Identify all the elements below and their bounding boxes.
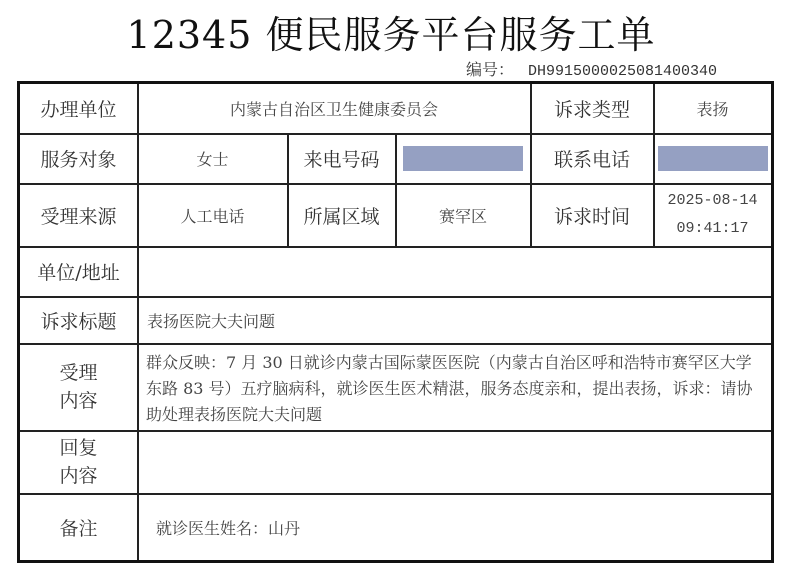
value-service-target: 女士: [138, 134, 287, 183]
label-source: 受理来源: [20, 184, 137, 246]
order-value: DH9915000025081400340: [528, 63, 717, 80]
appeal-date: 2025-08-14: [667, 187, 757, 215]
value-appeal-time: 2025-08-14 09:41:17: [654, 184, 771, 246]
label-appeal-title: 诉求标题: [20, 297, 137, 343]
label-appeal-time: 诉求时间: [531, 184, 653, 246]
redaction-block: [658, 146, 768, 171]
value-content: 群众反映：7 月 30 日就诊内蒙古国际蒙医医院（内蒙古自治区呼和浩特市赛罕区大…: [138, 344, 771, 430]
value-appeal-type: 表扬: [654, 84, 771, 133]
page-title: 12345 便民服务平台服务工单: [0, 4, 792, 59]
value-appeal-title: 表扬医院大夫问题: [138, 297, 771, 343]
value-contact-phone: [654, 134, 771, 183]
value-remarks: 就诊医生姓名：山丹: [138, 494, 771, 560]
label-address: 单位/地址: [20, 247, 137, 296]
label-line: 内容: [59, 387, 97, 415]
label-caller-number: 来电号码: [288, 134, 395, 183]
value-address: [138, 247, 771, 296]
order-number: 编号：DH9915000025081400340: [466, 57, 717, 80]
label-contact-phone: 联系电话: [531, 134, 653, 183]
label-reply: 回复 内容: [20, 431, 137, 493]
label-appeal-type: 诉求类型: [531, 84, 653, 133]
label-content: 受理 内容: [20, 344, 137, 430]
title-text: 12345 便民服务平台服务工单: [127, 4, 656, 59]
value-reply: [138, 431, 771, 493]
work-order-table: 办理单位 内蒙古自治区卫生健康委员会 诉求类型 表扬 服务对象 女士 来电号码 …: [17, 81, 774, 563]
label-line: 内容: [59, 462, 97, 490]
redaction-block: [403, 146, 523, 171]
value-source: 人工电话: [138, 184, 287, 246]
label-region: 所属区域: [288, 184, 395, 246]
label-line: 回复: [59, 434, 97, 462]
value-caller-number: [396, 134, 530, 183]
value-region: 赛罕区: [396, 184, 530, 246]
label-remarks: 备注: [20, 494, 137, 560]
value-handling-unit: 内蒙古自治区卫生健康委员会: [138, 84, 530, 133]
label-line: 受理: [59, 359, 97, 387]
order-label: 编号：: [466, 60, 514, 79]
appeal-clock: 09:41:17: [676, 215, 748, 243]
label-service-target: 服务对象: [20, 134, 137, 183]
label-handling-unit: 办理单位: [20, 84, 137, 133]
